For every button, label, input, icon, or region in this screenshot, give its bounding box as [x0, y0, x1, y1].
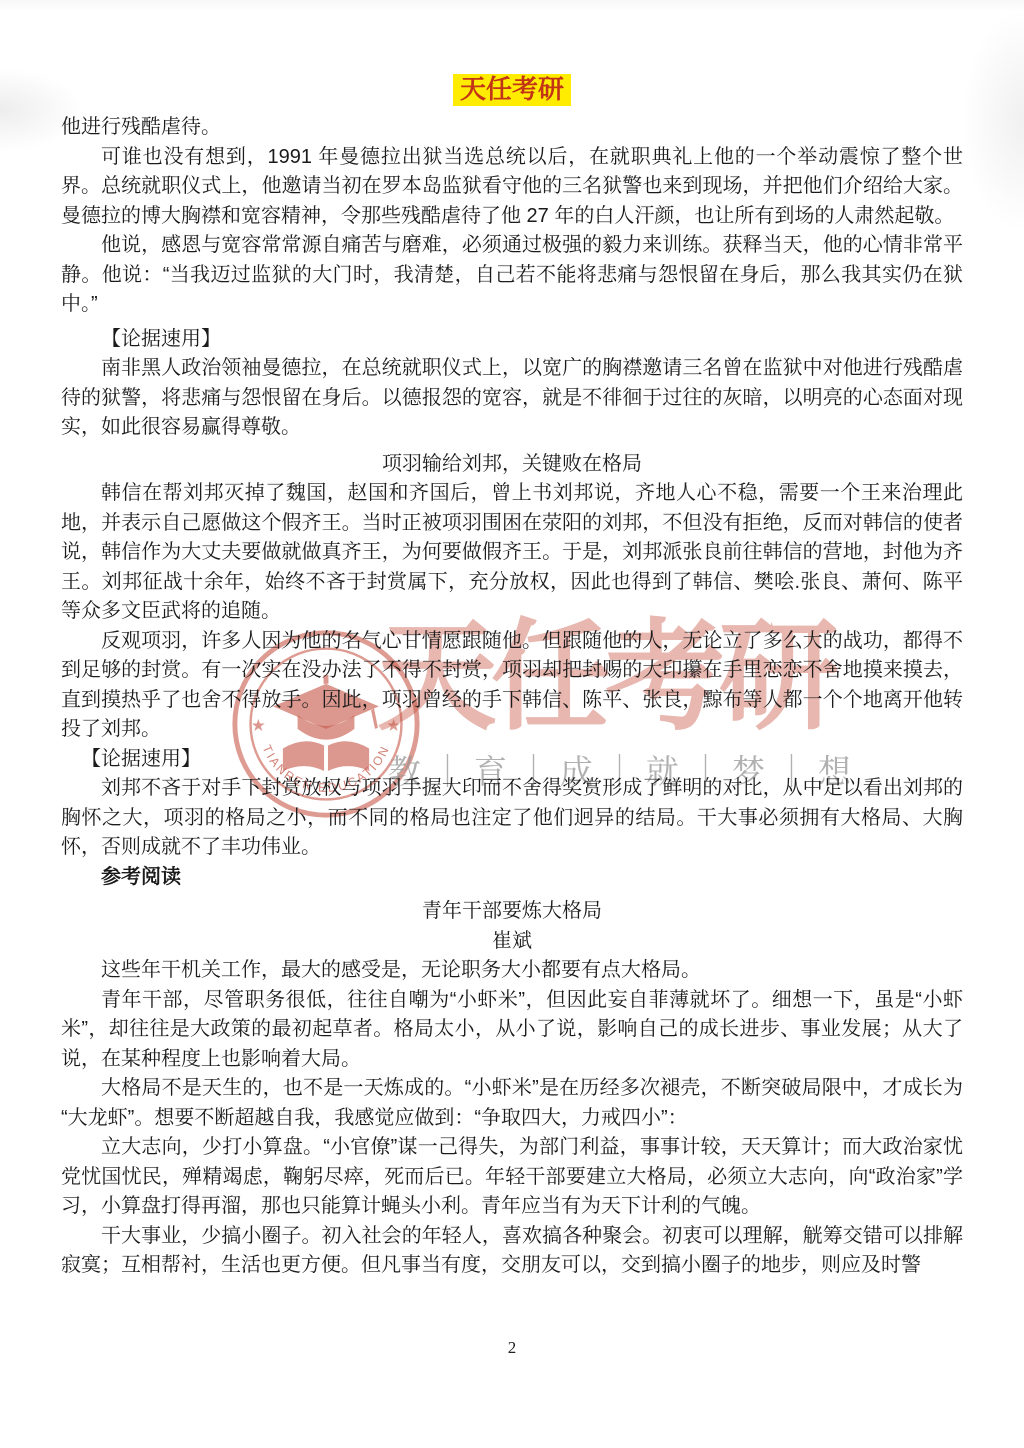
paragraph-continued-fragment: 他进行残酷虐待。 — [61, 113, 963, 143]
article-title: 青年干部要炼大格局 — [61, 897, 963, 927]
section-heading-xiangyu: 项羽输给刘邦，关键败在格局 — [61, 450, 963, 480]
page-number: 2 — [0, 1338, 1024, 1358]
paragraph-small-circles: 干大事业，少搞小圈子。初入社会的年轻人，喜欢搞各种聚会。初衷可以理解，觥筹交错可… — [61, 1222, 963, 1281]
reference-reading-label: 参考阅读 — [61, 863, 963, 893]
paragraph-evidence-mandela: 南非黑人政治领袖曼德拉，在总统就职仪式上，以宽广的胸襟邀请三名曾在监狱中对他进行… — [61, 354, 963, 443]
paragraph-xiangyu-contrast: 反观项羽，许多人因为他的名气心甘情愿跟随他。但跟随他的人，无论立了多么大的战功，… — [61, 627, 963, 745]
article-author: 崔斌 — [61, 927, 963, 957]
evidence-label: 【论据速用】 — [61, 325, 963, 355]
paragraph-mandela-quote: 他说，感恩与宽容常常源自痛苦与磨难，必须通过极强的毅力来训练。获释当天，他的心情… — [61, 231, 963, 320]
paragraph-hanxin-liubang: 韩信在帮刘邦灭掉了魏国，赵国和齐国后，曾上书刘邦说，齐地人心不稳，需要一个王来治… — [61, 479, 963, 627]
paragraph-big-ambition: 立大志向，少打小算盘。“小官僚”谋一己得失，为部门利益，事事计较，天天算计；而大… — [61, 1133, 963, 1222]
doc-title: 天任考研 — [61, 74, 963, 106]
doc-title-highlight: 天任考研 — [453, 74, 571, 106]
paragraph-office-experience: 这些年干机关工作，最大的感受是，无论职务大小都要有点大格局。 — [61, 956, 963, 986]
paragraph-mandela-inauguration: 可谁也没有想到，1991 年曼德拉出狱当选总统以后，在就职典礼上他的一个举动震惊… — [61, 143, 963, 232]
paragraph-small-shrimp: 青年干部，尽管职务很低，往往自嘲为“小虾米”，但因此妄自菲薄就坏了。细想一下，虽… — [61, 986, 963, 1075]
evidence-label: 【论据速用】 — [61, 745, 963, 775]
paragraph-big-pattern: 大格局不是天生的，也不是一天炼成的。“小虾米”是在历经多次褪壳，不断突破局限中，… — [61, 1074, 963, 1133]
paragraph-evidence-liubang: 刘邦不吝于对手下封赏放权与项羽手握大印而不舍得奖赏形成了鲜明的对比，从中足以看出… — [61, 774, 963, 863]
scanned-document-page: { "page": { "brand_title": "天任考研", "page… — [0, 0, 1024, 1448]
document-content: 天任考研 他进行残酷虐待。 可谁也没有想到，1991 年曼德拉出狱当选总统以后，… — [61, 0, 963, 1281]
